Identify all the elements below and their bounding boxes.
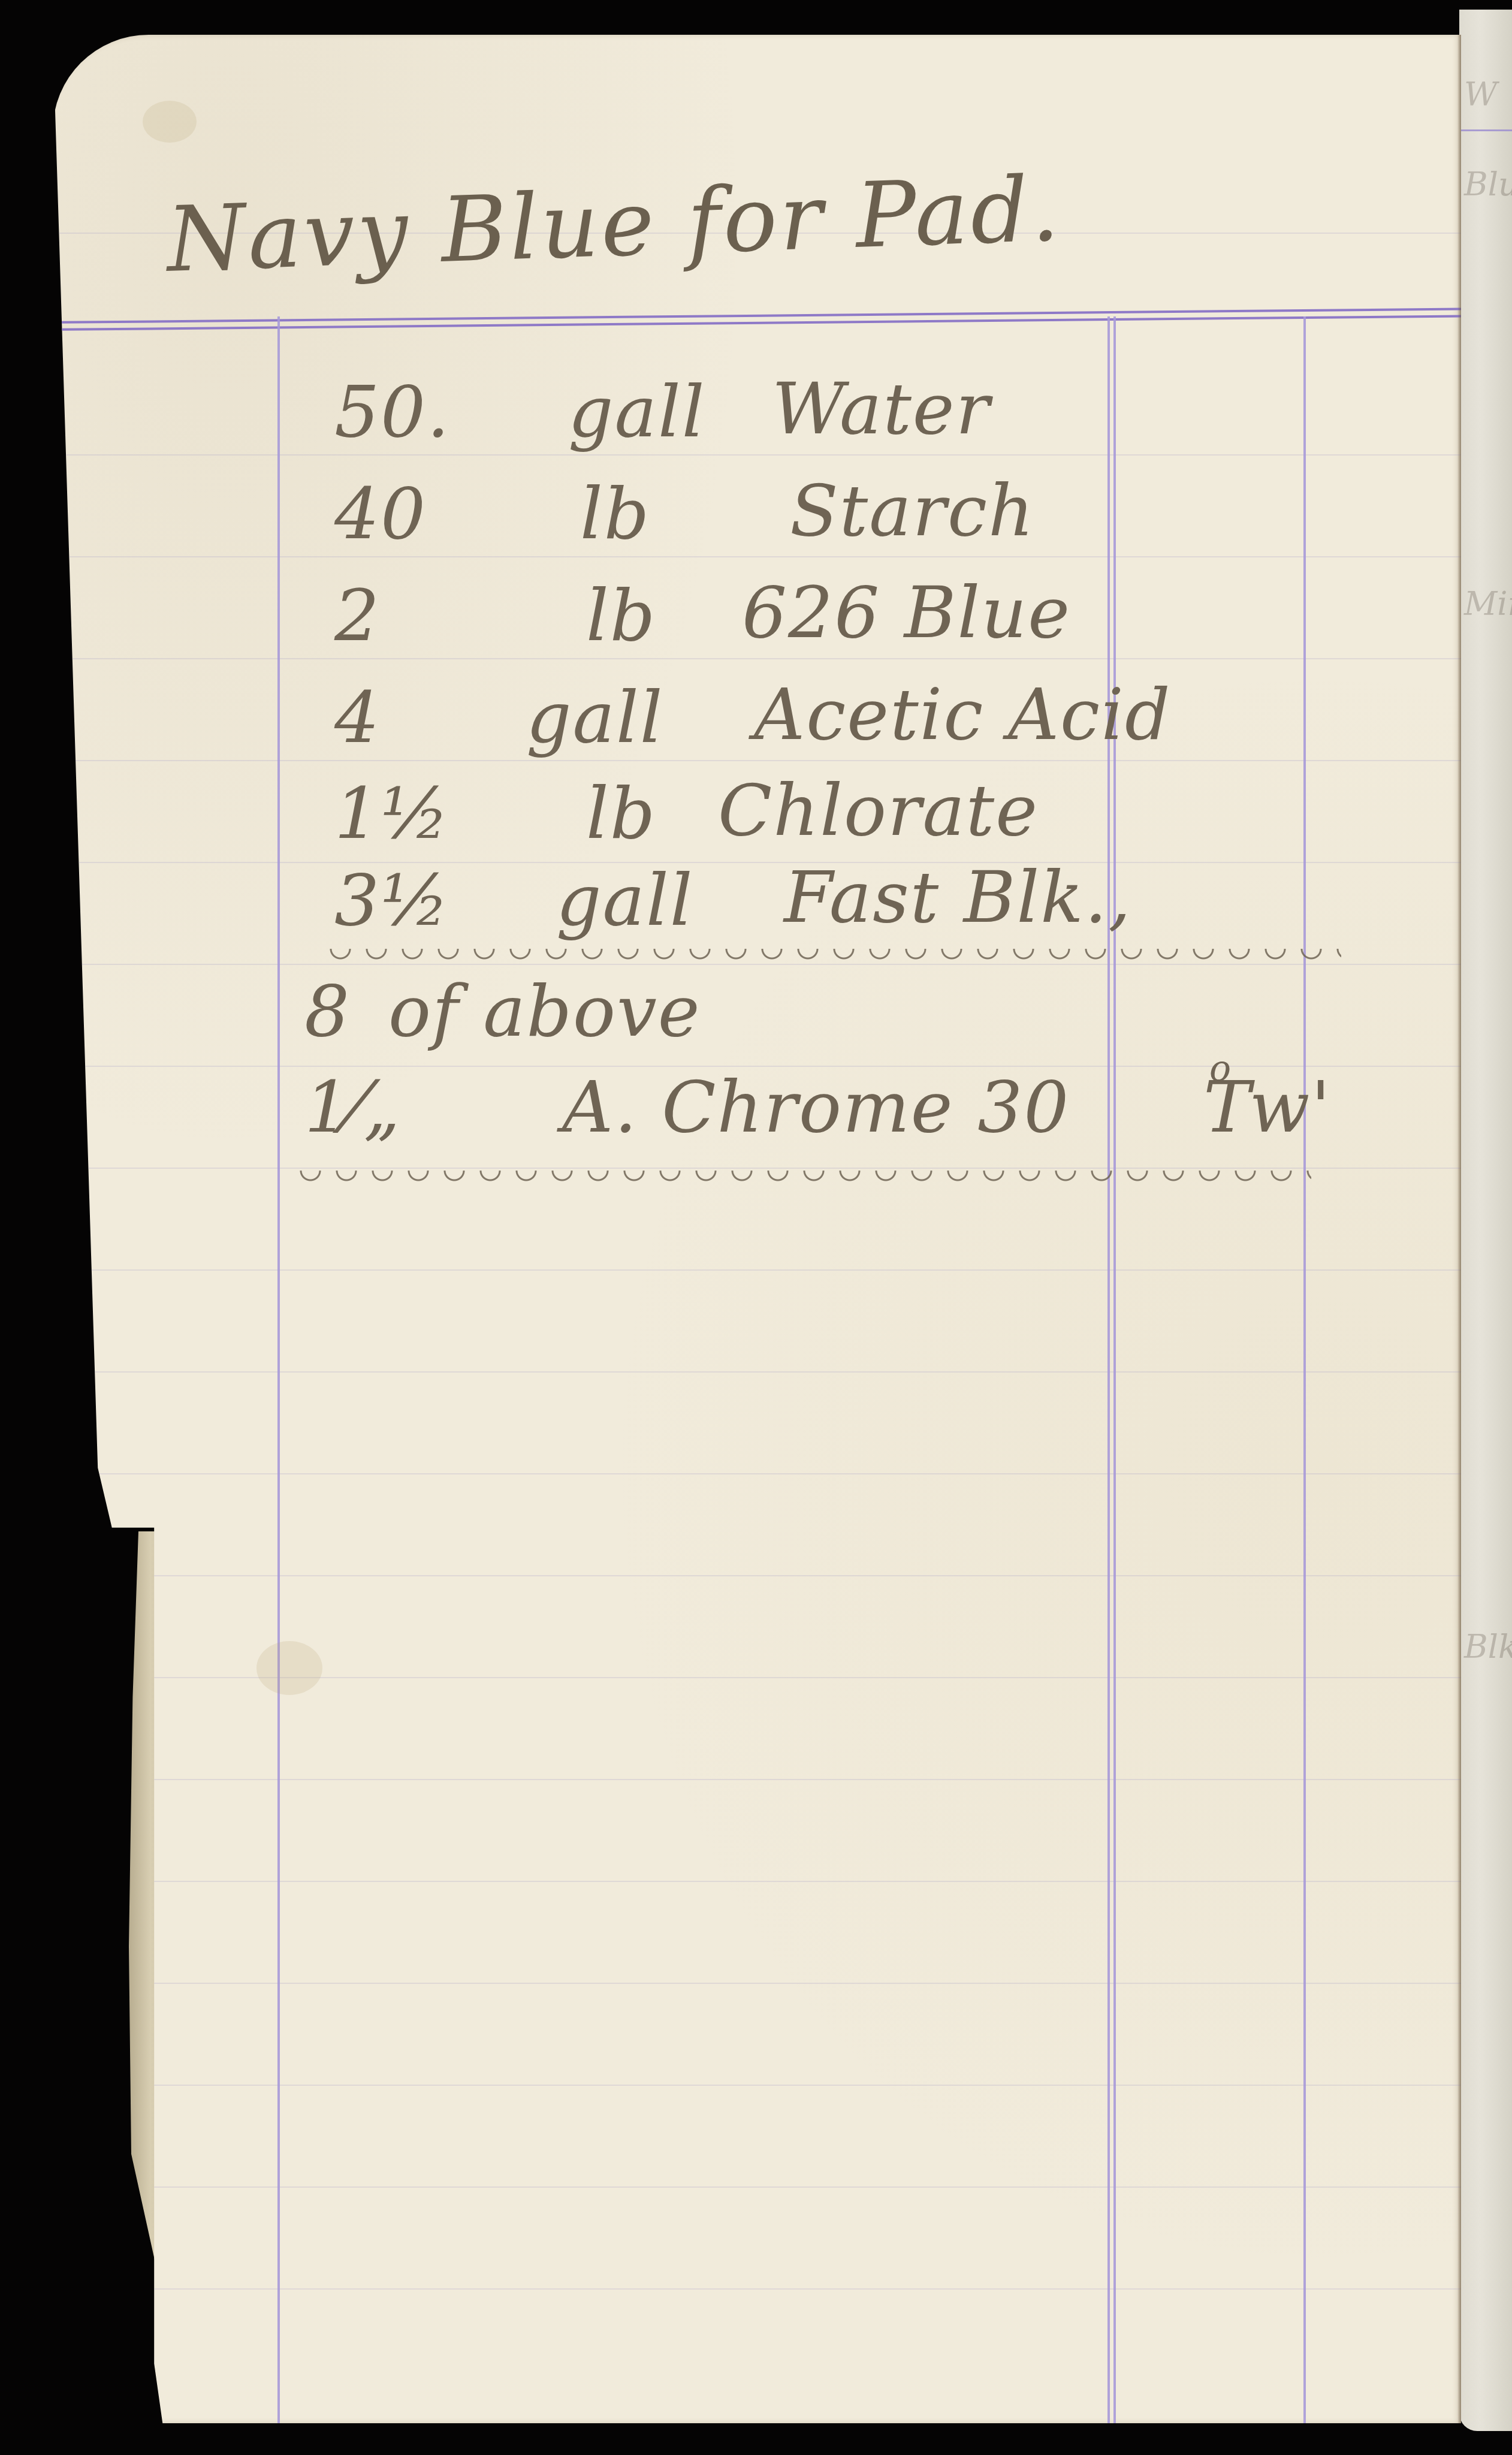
column-rule-double-a: [1107, 316, 1110, 2423]
recipe-unit: gall: [556, 859, 693, 942]
wavy-divider: [322, 949, 1341, 964]
adjacent-page-fragment: Mine: [1464, 585, 1512, 623]
recipe-item: Acetic Acid: [754, 673, 1171, 756]
ruled-line: [53, 1779, 1461, 1780]
ruled-line: [53, 1168, 1461, 1169]
mix-qty: 1⁄„: [304, 1066, 466, 1148]
adjacent-page: W Blue Mine Blk: [1459, 10, 1512, 2431]
recipe-item: 626 Blue: [742, 571, 1071, 654]
recipe-item: Chlorate: [718, 769, 1039, 852]
recipe-unit: gall: [568, 370, 705, 453]
recipe-qty: 1½: [334, 772, 496, 855]
mix-text: A. Chrome 30: [562, 1066, 1070, 1148]
adjacent-page-fragment: Blk: [1464, 1628, 1512, 1666]
ruled-line: [53, 1269, 1461, 1271]
ruled-line: [53, 862, 1461, 863]
recipe-item: Fast Blk.,: [784, 856, 1132, 939]
recipe-qty: 50.: [334, 370, 496, 453]
mix-suffix: Tw': [1203, 1066, 1332, 1148]
ruled-line: [53, 1575, 1461, 1576]
recipe-qty: 2: [334, 574, 496, 657]
ruled-line: [53, 1881, 1461, 1882]
paper-stain: [143, 101, 197, 143]
recipe-item: Starch: [790, 469, 1035, 552]
ruled-line: [53, 760, 1461, 761]
ruled-line: [53, 1473, 1461, 1474]
ruled-line: [53, 454, 1461, 456]
recipe-unit: lb: [586, 772, 656, 855]
adjacent-page-fragment: Blue: [1464, 165, 1512, 203]
recipe-item: Water: [772, 367, 991, 450]
ruled-line: [53, 1371, 1461, 1373]
recipe-unit: gall: [526, 676, 663, 759]
recipe-qty: 4: [334, 676, 496, 759]
adjacent-page-fragment: W: [1464, 76, 1498, 113]
mix-text: of above: [388, 970, 701, 1052]
recipe-unit: lb: [586, 574, 656, 657]
recipe-qty: 3½: [334, 859, 496, 942]
header-rule-bottom: [53, 315, 1461, 331]
recipe-qty: 40: [334, 472, 496, 555]
ruled-line: [53, 1983, 1461, 1984]
ruled-line: [53, 2085, 1461, 2086]
paper-stain: [256, 1641, 322, 1695]
adjacent-page-rule: [1459, 129, 1512, 131]
ruled-line: [53, 556, 1461, 557]
column-rule-right: [1303, 316, 1306, 2423]
column-rule-left: [277, 316, 280, 2423]
page-edge-shadow: [1457, 35, 1461, 2423]
ledger-page: Navy Blue for Pad. 50. gall Water 40 lb …: [53, 35, 1461, 2423]
recipe-unit: lb: [580, 472, 650, 555]
column-rule-double-b: [1113, 316, 1116, 2423]
page-title: Navy Blue for Pad.: [165, 157, 1063, 292]
ruled-line: [53, 2288, 1461, 2290]
ruled-line: [53, 658, 1461, 659]
wavy-end-line: [292, 1171, 1311, 1186]
ruled-line: [53, 2186, 1461, 2188]
